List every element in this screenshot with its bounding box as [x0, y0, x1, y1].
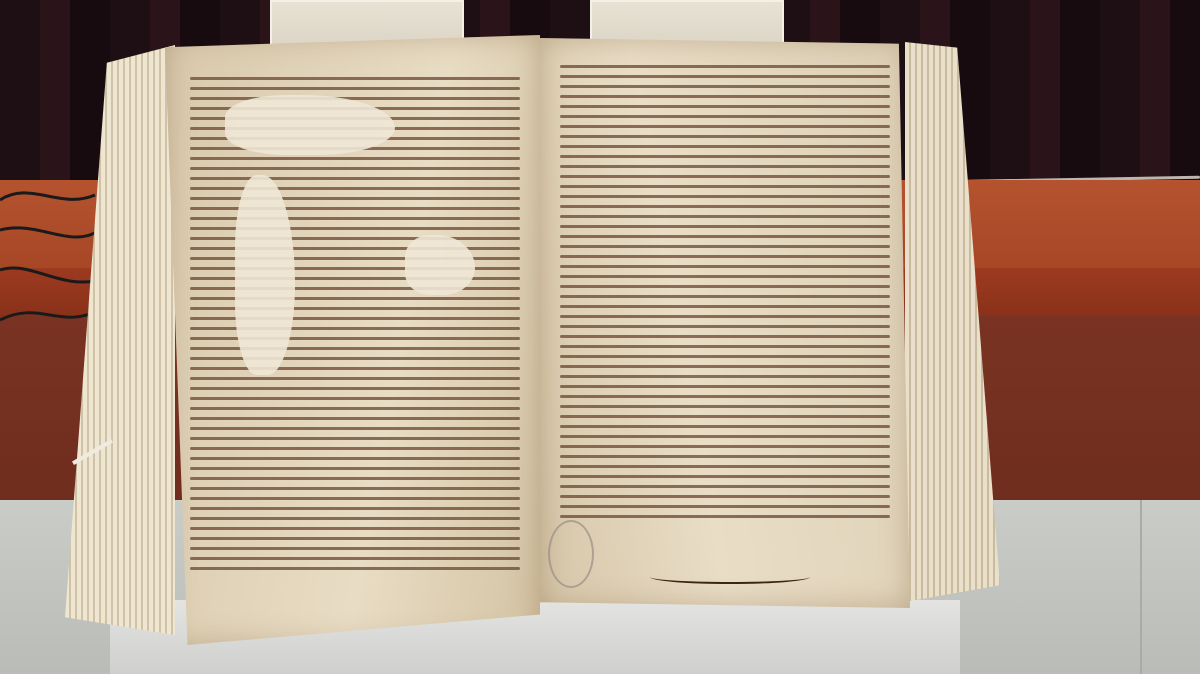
handwriting-block [560, 58, 890, 525]
photo-scene [0, 0, 1200, 674]
page-edges-left [65, 45, 175, 635]
left-page [165, 35, 540, 645]
manuscript-book [0, 0, 1200, 674]
signature-flourish [650, 570, 810, 584]
page-edges-right [905, 42, 1000, 602]
right-page [540, 38, 910, 608]
archival-stamp [548, 520, 594, 588]
